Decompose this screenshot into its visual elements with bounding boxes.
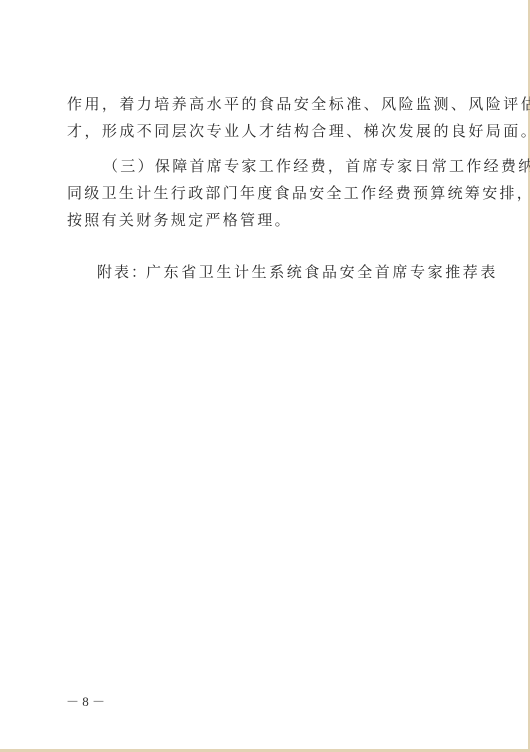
body-text-line: 同级卫生计生行政部门年度食品安全工作经费预算统筹安排，并 [67, 184, 530, 202]
document-page: 作用，着力培养高水平的食品安全标准、风险监测、风险评估人 才，形成不同层次专业人… [0, 0, 530, 752]
body-text-line: 作用，着力培养高水平的食品安全标准、风险监测、风险评估人 [67, 95, 530, 113]
body-text-line: 按照有关财务规定严格管理。 [67, 211, 292, 229]
appendix-title: 广东省卫生计生系统食品安全首席专家推荐表 [146, 263, 498, 281]
body-text-line: （三）保障首席专家工作经费，首席专家日常工作经费纳入 [103, 157, 530, 175]
page-number: － 8 － [66, 694, 105, 710]
appendix-label: 附表： [97, 263, 148, 281]
body-text-line: 才，形成不同层次专业人才结构合理、梯次发展的良好局面。 [67, 122, 530, 140]
